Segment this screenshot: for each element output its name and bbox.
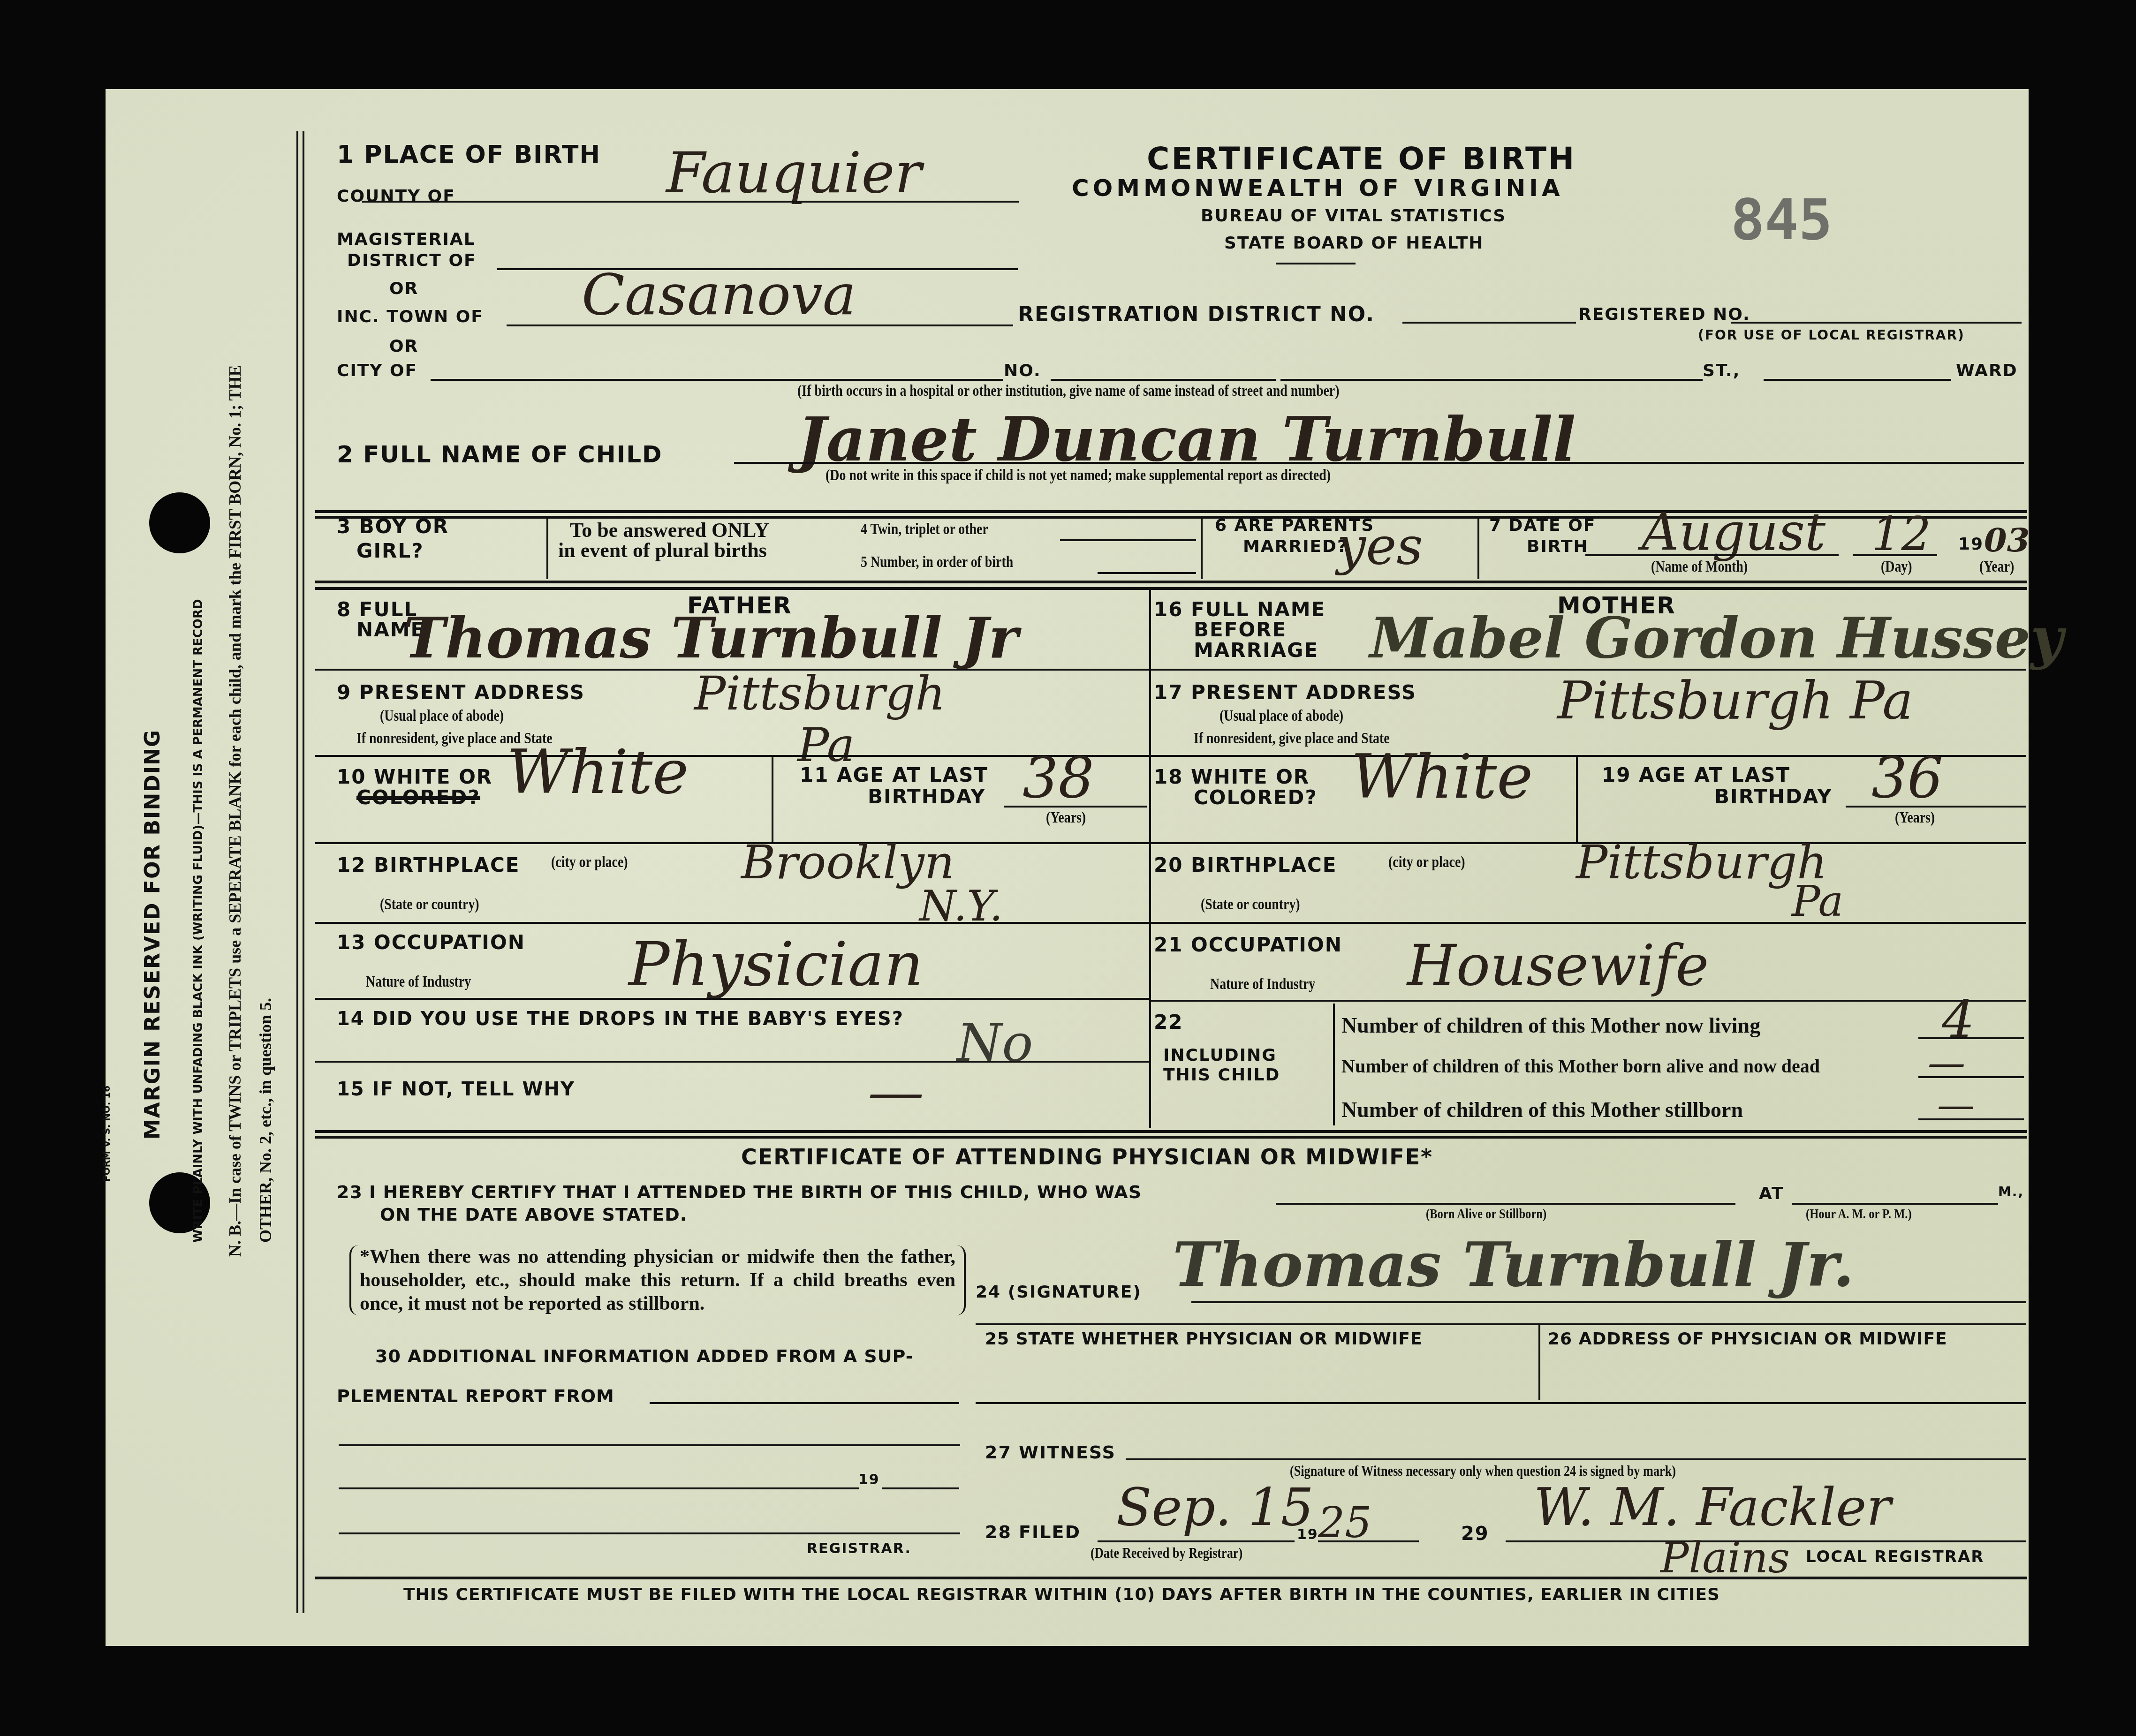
filed-label: 28 FILED xyxy=(985,1522,1081,1542)
mother-industry-note: Nature of Industry xyxy=(1210,975,1315,993)
town-value[interactable]: Casanova xyxy=(582,263,856,328)
father-race-age-divider xyxy=(772,757,773,842)
hour-note: (Hour A. M. or P. M.) xyxy=(1806,1206,1912,1222)
row-divider-2a xyxy=(315,581,2027,583)
supplemental-registrar-line xyxy=(339,1532,960,1534)
county-label: COUNTY OF xyxy=(337,187,455,206)
county-line xyxy=(362,201,1019,203)
mother-address-value[interactable]: Pittsburgh Pa xyxy=(1557,671,1913,731)
mother-years-note: (Years) xyxy=(1895,809,1935,827)
father-years-note: (Years) xyxy=(1046,809,1086,827)
born-alive-line xyxy=(1276,1203,1735,1205)
mother-name-value[interactable]: Mabel Gordon Hussey xyxy=(1370,605,2063,671)
birth-order-line xyxy=(1098,572,1196,574)
certify-line-1: 23 I HEREBY CERTIFY THAT I ATTENDED THE … xyxy=(337,1182,1142,1202)
dob-year-prefix: 19 xyxy=(1958,535,1984,554)
binding-hole-top xyxy=(149,492,210,553)
board-label: State Board of Health xyxy=(1224,234,1484,253)
father-age-value[interactable]: 38 xyxy=(1023,746,1094,811)
mother-occupation-label: 21 OCCUPATION xyxy=(1154,933,1342,956)
physician-address-line xyxy=(976,1402,2026,1404)
street-no-line xyxy=(1051,379,1276,381)
county-value[interactable]: Fauquier xyxy=(666,141,922,206)
or-label-1: OR xyxy=(389,279,418,298)
child-name-line xyxy=(734,462,2024,464)
filed-date-line xyxy=(1098,1540,1295,1542)
children-stillborn-value[interactable]: — xyxy=(1937,1083,1975,1127)
row3-divider-2 xyxy=(1201,518,1203,579)
including-label-1: INCLUDING xyxy=(1163,1046,1277,1065)
registered-no-line xyxy=(1731,322,2022,324)
child-name-value[interactable]: Janet Duncan Turnbull xyxy=(797,403,1576,475)
mother-birthplace-line xyxy=(1149,922,2026,924)
twin-line xyxy=(1060,539,1196,541)
tell-why-label: 15 IF NOT, TELL WHY xyxy=(337,1079,575,1100)
drops-question-value[interactable]: No xyxy=(957,1013,1033,1073)
dob-month-line xyxy=(1585,554,1839,556)
certify-line-2: ON THE DATE ABOVE STATED. xyxy=(380,1204,687,1225)
local-registrar-label: LOCAL REGISTRAR xyxy=(1806,1547,1984,1566)
father-address-value-1[interactable]: Pittsburgh xyxy=(694,666,946,721)
signature-label: 24 (SIGNATURE) xyxy=(976,1283,1142,1302)
city-label: CITY OF xyxy=(337,361,417,380)
local-registrar-number: 29 xyxy=(1461,1523,1489,1545)
hospital-note: (If birth occurs in a hospital or other … xyxy=(797,382,1339,400)
witness-line xyxy=(1126,1458,2026,1460)
father-industry-note: Nature of Industry xyxy=(366,973,471,991)
filed-year-prefix: 19 xyxy=(1297,1526,1318,1543)
physician-address-label: 26 ADDRESS OF PHYSICIAN OR MIDWIFE xyxy=(1548,1329,1947,1349)
birth-order-label: 5 Number, in order of birth xyxy=(861,553,1013,571)
certify-at-label: AT xyxy=(1759,1184,1784,1203)
mother-name-label-2: BEFORE xyxy=(1194,618,1287,641)
row3-divider-1 xyxy=(546,518,548,579)
street-no-label: NO. xyxy=(1004,361,1041,380)
ward-line xyxy=(1764,379,1951,381)
twin-label: 4 Twin, triplet or other xyxy=(861,521,988,538)
mother-name-label-3: MARRIAGE xyxy=(1194,639,1318,662)
mother-age-line xyxy=(1846,806,2026,808)
ward-label: WARD xyxy=(1956,361,2018,380)
children-dead-label: Number of children of this Mother born a… xyxy=(1341,1055,1820,1077)
child-name-label: 2 FULL NAME OF CHILD xyxy=(337,441,663,468)
married-value[interactable]: yes xyxy=(1337,516,1423,576)
supplemental-line-3 xyxy=(339,1487,859,1489)
dob-month-note: (Name of Month) xyxy=(1651,558,1748,576)
mother-address-label: 17 PRESENT ADDRESS xyxy=(1154,681,1416,704)
margin-nb-line2: OTHER, No. 2, etc., in question 5. xyxy=(256,998,275,1243)
registered-no-label: REGISTERED NO. xyxy=(1578,305,1750,324)
row-divider-2b xyxy=(315,587,2027,590)
certificate-stamp-number: 845 xyxy=(1731,188,1833,253)
tell-why-value[interactable]: — xyxy=(868,1060,924,1125)
supplemental-label-2: PLEMENTAL REPORT FROM xyxy=(337,1386,614,1406)
signature-line xyxy=(1191,1301,2026,1303)
registration-district-line xyxy=(1402,322,1576,324)
supplemental-label-1: 30 ADDITIONAL INFORMATION ADDED FROM A S… xyxy=(375,1346,914,1366)
mother-race-age-divider xyxy=(1576,757,1578,842)
children-living-value[interactable]: 4 xyxy=(1942,989,1975,1049)
father-occupation-value[interactable]: Physician xyxy=(629,928,924,1000)
form-number: FORM V. S. NO. 16 xyxy=(101,1086,112,1182)
margin-rule xyxy=(296,131,298,1613)
children-question-number: 22 xyxy=(1154,1011,1183,1034)
registrar-place-value[interactable]: Plains xyxy=(1660,1533,1790,1583)
town-line xyxy=(507,325,1013,326)
margin-write-plainly: WRITE PLAINLY WITH UNFADING BLACK INK (W… xyxy=(191,599,205,1243)
father-occupation-line xyxy=(315,998,1149,1000)
mother-race-value[interactable]: White xyxy=(1351,741,1533,812)
drops-line xyxy=(315,1061,1149,1063)
plural-births-note-2: in event of plural births xyxy=(558,538,767,562)
father-age-label-1: 11 AGE AT LAST xyxy=(800,763,988,786)
sex-label-girl: GIRL? xyxy=(356,539,424,562)
physician-divider xyxy=(976,1323,2026,1325)
dob-year-suffix[interactable]: 03 xyxy=(1984,521,2030,559)
physician-section-title: CERTIFICATE OF ATTENDING PHYSICIAN OR MI… xyxy=(741,1144,1433,1170)
dob-day-value[interactable]: 12 xyxy=(1871,506,1931,561)
father-address-note-1: (Usual place of abode) xyxy=(380,707,504,725)
filed-year-line xyxy=(1318,1540,1419,1542)
registrar-use-note: (FOR USE OF LOCAL REGISTRAR) xyxy=(1698,327,1965,343)
witness-label: 27 WITNESS xyxy=(985,1442,1116,1463)
mother-occupation-value[interactable]: Housewife xyxy=(1407,933,1709,998)
signature-value[interactable]: Thomas Turnbull Jr. xyxy=(1173,1229,1854,1300)
header-rule xyxy=(1276,263,1356,264)
mother-birthplace-state-note: (State or country) xyxy=(1201,896,1300,913)
row-divider-3b xyxy=(315,1136,2027,1139)
margin-reserved-text: MARGIN RESERVED FOR BINDING xyxy=(141,729,165,1140)
footer-rule xyxy=(315,1577,2027,1579)
hour-line xyxy=(1792,1203,1998,1205)
city-line xyxy=(431,379,1003,381)
row-divider-3a xyxy=(315,1130,2027,1133)
margin-nb-line1: N. B.—In case of TWINS or TRIPLETS use a… xyxy=(225,365,245,1257)
row3-divider-3 xyxy=(1477,518,1479,579)
father-birthplace-state-note: (State or country) xyxy=(380,896,479,913)
father-birthplace-label: 12 BIRTHPLACE xyxy=(337,853,520,876)
mother-birthplace-value-1[interactable]: Pittsburgh xyxy=(1576,835,1827,890)
registration-district-label: REGISTRATION DISTRICT NO. xyxy=(1018,302,1375,326)
drops-question-label: 14 DID YOU USE THE DROPS IN THE BABY'S E… xyxy=(337,1008,904,1030)
town-label: INC. TOWN OF xyxy=(337,307,484,326)
born-alive-note: (Born Alive or Stillborn) xyxy=(1426,1206,1546,1222)
dob-day-note: (Day) xyxy=(1881,558,1912,576)
commonwealth-subtitle: Commonwealth of Virginia xyxy=(1072,174,1564,202)
physician-address-divider xyxy=(1538,1325,1540,1400)
mother-address-note-1: (Usual place of abode) xyxy=(1219,707,1343,725)
father-occupation-label: 13 OCCUPATION xyxy=(337,931,525,954)
supplemental-line-1 xyxy=(650,1402,959,1404)
father-race-label-1: 10 WHITE OR xyxy=(337,765,492,788)
margin-rule-inner xyxy=(303,131,304,1613)
mother-age-label-2: BIRTHDAY xyxy=(1714,785,1833,808)
mother-occupation-line xyxy=(1149,1000,2026,1002)
mother-race-label-2: COLORED? xyxy=(1194,786,1318,809)
married-label-2: MARRIED? xyxy=(1243,537,1348,556)
including-divider xyxy=(1333,1004,1335,1125)
supplemental-registrar-label: REGISTRAR. xyxy=(807,1540,911,1557)
street-label: ST., xyxy=(1703,361,1740,380)
father-age-line xyxy=(1004,806,1147,808)
supplemental-line-2 xyxy=(339,1444,960,1446)
mother-name-label-1: 16 FULL NAME xyxy=(1154,598,1326,621)
magisterial-label: MAGISTERIAL xyxy=(337,230,476,249)
including-label-2: THIS CHILD xyxy=(1163,1065,1280,1085)
street-name-line xyxy=(1280,379,1703,381)
children-stillborn-label: Number of children of this Mother stillb… xyxy=(1341,1097,1743,1122)
filed-note: (Date Received by Registrar) xyxy=(1091,1544,1242,1562)
dob-label-2: BIRTH xyxy=(1527,537,1589,556)
dob-year-note: (Year) xyxy=(1979,558,2014,576)
physician-or-midwife-label: 25 STATE WHETHER PHYSICIAN OR MIDWIFE xyxy=(985,1329,1423,1349)
father-race-label-2: COLORED? xyxy=(356,786,480,809)
father-address-label: 9 PRESENT ADDRESS xyxy=(337,681,585,704)
district-label: DISTRICT OF xyxy=(347,251,477,270)
dob-day-line xyxy=(1853,554,1937,556)
or-label-2: OR xyxy=(389,337,418,356)
father-race-line xyxy=(315,842,1149,844)
mother-race-label-1: 18 WHITE OR xyxy=(1154,765,1310,788)
children-dead-value[interactable]: — xyxy=(1928,1041,1965,1085)
children-living-label: Number of children of this Mother now li… xyxy=(1341,1013,1760,1038)
filed-date-value[interactable]: Sep. 15 xyxy=(1116,1477,1314,1537)
mother-birthplace-value-2[interactable]: Pa xyxy=(1792,877,1843,926)
father-age-label-2: BIRTHDAY xyxy=(868,785,986,808)
child-name-note: (Do not write in this space if child is … xyxy=(826,467,1331,484)
dob-label-1: 7 DATE OF xyxy=(1489,516,1596,535)
supplemental-year-line xyxy=(882,1487,959,1489)
bureau-label: Bureau of Vital Statistics xyxy=(1201,206,1506,226)
father-birthplace-line xyxy=(315,922,1149,924)
registrar-signature-value[interactable]: W. M. Fackler xyxy=(1534,1477,1891,1537)
dob-month-value[interactable]: August xyxy=(1642,502,1825,562)
father-race-value[interactable]: White xyxy=(507,736,689,808)
footer-notice: THIS CERTIFICATE MUST BE FILED WITH THE … xyxy=(403,1585,1720,1604)
sex-label: 3 BOY OR xyxy=(337,515,449,538)
mother-age-label-1: 19 AGE AT LAST xyxy=(1602,763,1790,786)
certify-m-label: M., xyxy=(1998,1184,2024,1200)
attending-footnote: *When there was no attending physician o… xyxy=(349,1245,966,1315)
mother-birthplace-label: 20 BIRTHPLACE xyxy=(1154,853,1337,876)
mother-age-value[interactable]: 36 xyxy=(1871,746,1943,811)
father-name-value[interactable]: Thomas Turnbull Jr xyxy=(403,605,1018,671)
father-birthplace-city-note: (city or place) xyxy=(551,853,628,871)
supplemental-year-prefix: 19 xyxy=(858,1472,880,1488)
place-of-birth-label: 1 PLACE OF BIRTH xyxy=(337,141,601,169)
certificate-title: Certificate of Birth xyxy=(1147,141,1576,177)
mother-birthplace-city-note: (city or place) xyxy=(1388,853,1465,871)
